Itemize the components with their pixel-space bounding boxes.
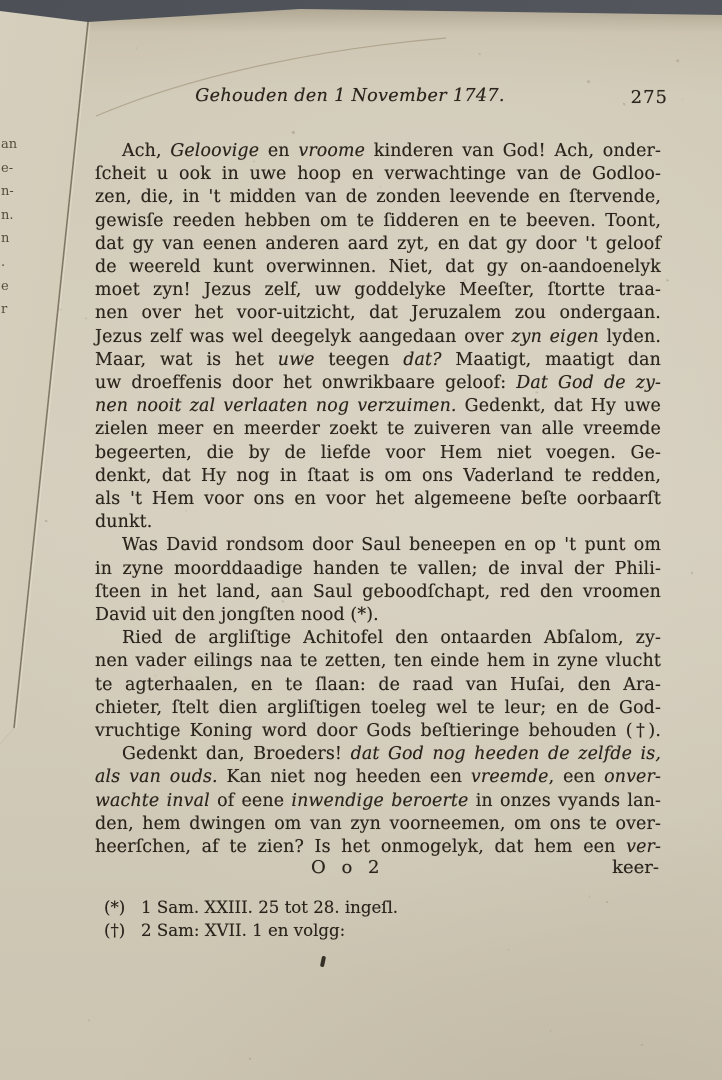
edge-text-fragment: an xyxy=(1,138,17,151)
text-line: chieter, ſtelt dien argliſtigen toeleg w… xyxy=(95,697,661,720)
text-line: nen over het voor-uitzicht, dat Jeruzale… xyxy=(95,302,661,325)
edge-text-fragment: e xyxy=(1,280,9,293)
text-line: in zyne moorddaadige handen te vallen; d… xyxy=(95,558,661,581)
text-line: David uit den jongſten nood (*). xyxy=(95,604,661,627)
text-line: als van ouds. Kan niet nog heeden een vr… xyxy=(95,766,661,789)
text-line: moet zyn! Jezus zelf, uw goddelyke Meeſt… xyxy=(95,279,661,302)
text-line: Maar, wat is het uwe teegen dat? Maatigt… xyxy=(95,349,661,372)
text-line: Was David rondsom door Saul beneepen en … xyxy=(95,534,661,557)
text-line: ſteen in het land, aan Saul geboodſchapt… xyxy=(95,581,661,604)
text-line: Ach, Geloovige en vroome kinderen van Go… xyxy=(95,140,661,163)
body-text: Ach, Geloovige en vroome kinderen van Go… xyxy=(95,140,661,859)
text-line: Jezus zelf was wel deegelyk aangedaan ov… xyxy=(95,326,661,349)
text-line: uw droeffenis door het onwrikbaare geloo… xyxy=(95,372,661,395)
footnotes: (*)1 Sam. XXIII. 25 tot 28. ingeſl.(†)2 … xyxy=(104,897,664,942)
text-line: heerſchen, af te zien? Is het onmogelyk,… xyxy=(95,836,661,859)
text-line: de weereld kunt overwinnen. Niet, dat gy… xyxy=(95,256,661,279)
page-header: Gehouden den 1 November 1747. 275 xyxy=(95,86,661,112)
footnote: (*)1 Sam. XXIII. 25 tot 28. ingeſl. xyxy=(104,897,664,920)
text-line: nen nooit zal verlaaten nog verzuimen. G… xyxy=(95,395,661,418)
text-line: dunkt. xyxy=(95,511,661,534)
edge-text-fragment: n- xyxy=(1,185,14,198)
text-line: den, hem dwingen om van zyn voorneemen, … xyxy=(95,813,661,836)
photo-of-book-page: ane-n-n.n.er Gehouden den 1 November 174… xyxy=(0,0,722,1080)
text-line: als 't Hem voor ons en voor het algemeen… xyxy=(95,488,661,511)
text-line: denkt, dat Hy nog in ſtaat is om ons Vad… xyxy=(95,465,661,488)
text-line: Gedenkt dan, Broeders! dat God nog heede… xyxy=(95,743,661,766)
text-line: Ried de argliſtige Achitofel den ontaard… xyxy=(95,627,661,650)
edge-text-fragment: . xyxy=(1,256,5,269)
signature-row: O o 2 keer- xyxy=(95,857,661,881)
footnote: (†)2 Sam: XVII. 1 en volgg: xyxy=(104,920,664,943)
catchword: keer- xyxy=(612,857,659,878)
text-line: wachte inval of eene inwendige beroerte … xyxy=(95,790,661,813)
text-line: zielen meer en meerder zoekt te zuiveren… xyxy=(95,418,661,441)
text-line: ſcheit u ook in uwe hoop en verwachtinge… xyxy=(95,163,661,186)
signature-mark: O o 2 xyxy=(311,857,385,878)
edge-text-fragment: n xyxy=(1,232,9,245)
text-line: te agterhaalen, en te ſlaan: de raad van… xyxy=(95,674,661,697)
text-line: zen, die, in 't midden van de zonden lee… xyxy=(95,186,661,209)
text-line: dat gy van eenen anderen aard zyt, en da… xyxy=(95,233,661,256)
page-number: 275 xyxy=(631,87,668,108)
text-line: vruchtige Koning word door Gods beſtieri… xyxy=(95,720,661,743)
edge-text-fragment: r xyxy=(1,303,7,316)
text-line: gewisſe reeden hebben om te ſidderen en … xyxy=(95,210,661,233)
text-line: begeerten, die by de liefde voor Hem nie… xyxy=(95,442,661,465)
edge-text-fragment: e- xyxy=(1,162,13,175)
edge-text-fragment: n. xyxy=(1,209,14,222)
text-line: nen vader eilings naa te zetten, ten ein… xyxy=(95,650,661,673)
running-title: Gehouden den 1 November 1747. xyxy=(67,86,633,106)
